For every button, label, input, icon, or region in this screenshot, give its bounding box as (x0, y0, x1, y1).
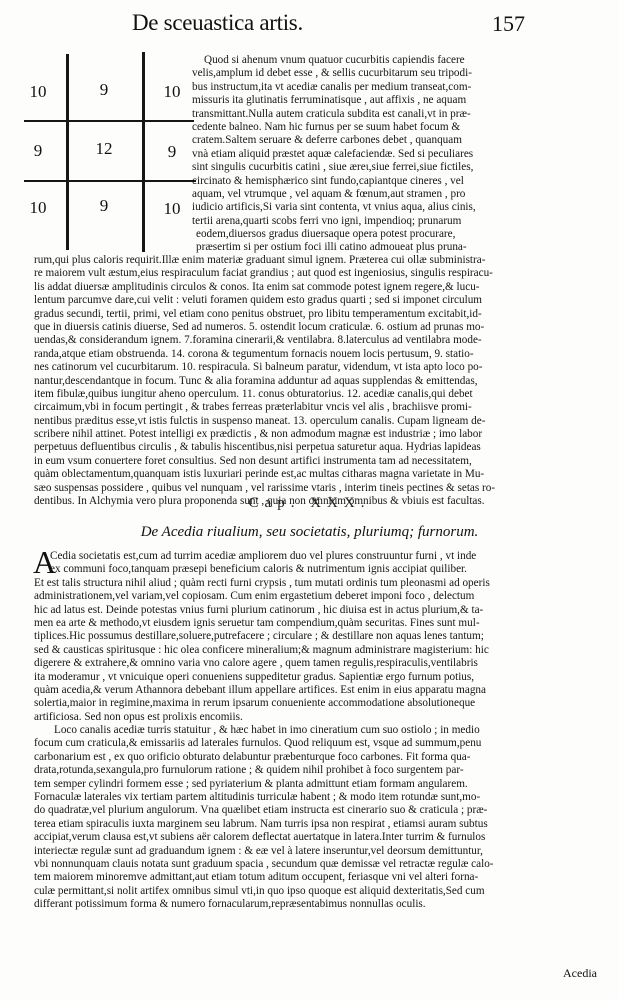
text-line: nentibus præditus esse,vt istis fulctis … (34, 415, 495, 428)
chapter-subtitle: De Acedia riualium, seu societatis, plur… (0, 524, 619, 541)
text-line: scribere nihil attinet. Potest intelligi… (34, 428, 495, 441)
text-line: Loco canalis acediæ turris statuitur , &… (34, 724, 494, 737)
grid-cell: 12 (84, 139, 124, 159)
text-line: tem semper cylindri formem esse ; sed py… (34, 778, 494, 791)
text-line: rum,qui plus caloris requirit.Illæ enim … (34, 254, 495, 267)
text-line: Quod si ahenum vnum quatuor cucurbitis c… (192, 54, 476, 67)
text-line: re maiorem vult æstum,eius respiraculum … (34, 267, 495, 280)
text-line: gradus secundi, tertii, primi, vel etiam… (34, 308, 495, 321)
text-line: accipiat,verum clausa est,vt subiens aër… (34, 831, 494, 844)
grid-cell: 9 (152, 142, 192, 162)
grid-cell: 10 (18, 198, 58, 218)
text-line: drata,rotunda,sexangula,pro furnulorum r… (34, 764, 494, 777)
text-line: velis,amplum id debet esse , & sellis cu… (192, 67, 476, 80)
text-line: vbi nonnunquam clauis notata sunt graduu… (34, 858, 494, 871)
text-line: in eum vsum conuertere foret consultius.… (34, 455, 495, 468)
grid-line-vertical (66, 54, 69, 250)
text-line: aquam, vel vtrumque , vel aquam & fœnum,… (192, 188, 476, 201)
text-line: missuris ita glutinatis ferruminatisque … (192, 94, 476, 107)
text-line: sæo suspensas possidere , quibus vel nun… (34, 482, 495, 495)
grid-cell: 9 (84, 80, 124, 100)
text-line: uendas,& considerandum ignem. 7.foramina… (34, 334, 495, 347)
text-line: quàm oblectamentum,quanquam istis luxuri… (34, 468, 495, 481)
chapter-heading: Cap. XXX. (0, 495, 619, 512)
text-line: lis addat diuersæ amplitudinis circulos … (34, 281, 495, 294)
text-line: digerere & extrahere,& omnino varia vno … (34, 657, 494, 670)
text-line: focum cum craticula,& emissariis ad late… (34, 737, 494, 750)
text-line: præsertim si per ostium foci illi catino… (192, 241, 476, 254)
chapter-text: Cedia societatis est,cum ad turrim acedi… (34, 550, 494, 912)
text-line: sed & causticas spiritusque : hic olea c… (34, 644, 494, 657)
grid-line-vertical (142, 52, 145, 252)
text-line: circaimum,vbi in focum pertingit , & tra… (34, 401, 495, 414)
text-line: que in diuersis catinis diuerse, Sed ad … (34, 321, 495, 334)
text-line: men ea arte & methodo,vt eiusdem ignis s… (34, 617, 494, 630)
grid-cell: 10 (18, 82, 58, 102)
text-line: terea etiam spiraculis iuxta marginem se… (34, 818, 494, 831)
text-line: item fibulæ,quibus iungitur aheno opercu… (34, 388, 495, 401)
text-line: transmittant.Nulla autem craticula subdi… (192, 108, 476, 121)
grid-line-horizontal (24, 120, 194, 122)
text-line: lentum parcumve dare,cui velit : veluti … (34, 294, 495, 307)
text-line: Cedia societatis est,cum ad turrim acedi… (34, 550, 494, 563)
text-line: differant potissimum forma & numero forn… (34, 898, 494, 911)
text-line: Fornaculæ laterales vix tertiam partem a… (34, 791, 494, 804)
main-paragraph: rum,qui plus caloris requirit.Illæ enim … (34, 254, 495, 508)
text-line: tem maiorem minoremve admittant,aut etia… (34, 871, 494, 884)
text-line: vnà etiam aliquid præstet aquæ calefacie… (192, 148, 476, 161)
grid-cell: 9 (18, 141, 58, 161)
grid-cell: 10 (152, 199, 192, 219)
text-line: eodem,diuersos gradus diuersaque opera p… (192, 228, 476, 241)
text-line: tiplices.Hic possumus destillare,soluere… (34, 630, 494, 643)
grid-cell: 10 (152, 82, 192, 102)
grid-line-horizontal (24, 180, 196, 182)
page-number: 157 (492, 11, 525, 37)
text-line: do quadratæ,vel plurium angulorum. Vna q… (34, 804, 494, 817)
book-page: De sceuastica artis. 157 10 9 10 9 12 9 … (0, 0, 619, 1000)
text-line: iudicio artificis,Si varia sint contenta… (192, 201, 476, 214)
text-line: ita moderamur , vt vnicuique operi conue… (34, 671, 494, 684)
text-line: cedente balneo. Nam hic furnus per se su… (192, 121, 476, 134)
text-line: hic ad latus est. Deinde potestas vnius … (34, 604, 494, 617)
text-line: cratem.Saltem seruare & deferre carbones… (192, 134, 476, 147)
text-line: nes catinorum vel cucurbitarum. 10. resp… (34, 361, 495, 374)
text-line: sint singulis cucurbitis catini , siue æ… (192, 161, 476, 174)
text-line: nantur,descendantque in focum. Tunc & al… (34, 375, 495, 388)
catchword: Acedia (563, 966, 597, 981)
text-line: Et est talis structura nihil aliud ; quà… (34, 577, 494, 590)
furnace-grid-diagram: 10 9 10 9 12 9 10 9 10 (0, 0, 200, 260)
side-paragraph: Quod si ahenum vnum quatuor cucurbitis c… (192, 54, 476, 255)
text-line: bus instructum,ita vt acediæ canalis per… (192, 81, 476, 94)
text-line: artificiosa. Sed non opus est prolixis e… (34, 711, 494, 724)
text-line: ex communi foco,tanquam præsepi benefici… (34, 563, 494, 576)
text-line: quàm acedia,& verum Athannora debebant i… (34, 684, 494, 697)
text-line: perpetuus defluentibus circulis , & tabu… (34, 441, 495, 454)
grid-cell: 9 (84, 196, 124, 216)
text-line: administrationem,vel variam,vel copiosam… (34, 590, 494, 603)
text-line: tertii arena,quarti scobs ferri vno igni… (192, 215, 476, 228)
text-line: randa,atque etiam obstruenda. 14. corona… (34, 348, 495, 361)
text-line: interiectæ regulæ sunt ad graduandum ign… (34, 845, 494, 858)
text-line: solertia,maior in regimine,maxima in rer… (34, 697, 494, 710)
text-line: carbonarium est , ex quo orificio obtura… (34, 751, 494, 764)
text-line: circinato & hemisphærico sint fundo,capi… (192, 175, 476, 188)
text-line: culæ permittant,si nolit artifex omnibus… (34, 885, 494, 898)
